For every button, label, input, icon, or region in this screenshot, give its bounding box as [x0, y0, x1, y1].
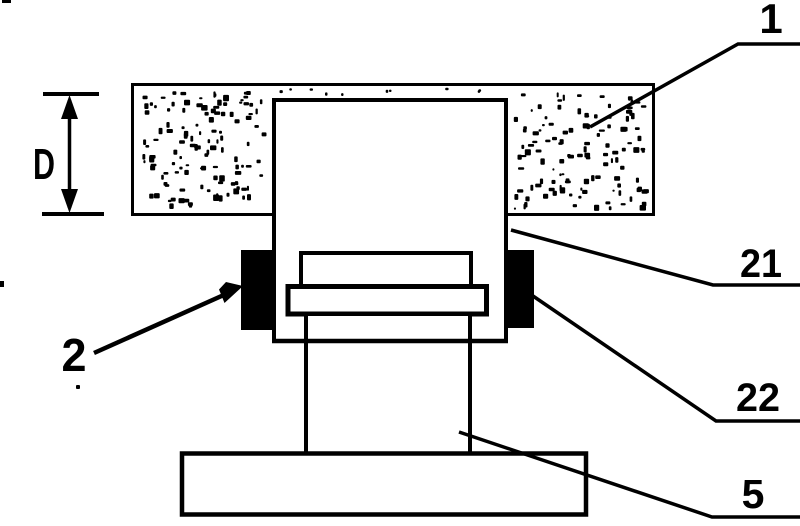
stipple-dot — [578, 196, 581, 199]
stipple-dot — [165, 184, 170, 187]
stipple-dot — [180, 189, 186, 192]
stipple-dot — [621, 203, 626, 205]
stipple-dot — [559, 159, 564, 164]
stipple-dot — [159, 128, 163, 134]
stipple-dot — [241, 188, 247, 191]
stipple-dot — [216, 139, 218, 144]
stipple-dot — [608, 104, 611, 108]
stipple-dot — [220, 136, 223, 141]
artifact-dot — [76, 385, 80, 389]
stipple-dot — [143, 96, 148, 100]
stipple-dot — [166, 122, 169, 128]
stipple-dot — [256, 109, 258, 115]
stipple-dot — [563, 131, 568, 135]
stipple-dot — [536, 150, 542, 153]
stipple-dot — [149, 194, 154, 199]
stipple-dot — [227, 193, 230, 197]
stipple-dot — [182, 126, 185, 129]
stipple-dot — [603, 153, 608, 156]
left-seal-block — [241, 250, 272, 330]
stipple-dot — [611, 158, 613, 163]
stipple-dot — [216, 193, 218, 197]
stipple-dot — [172, 102, 175, 107]
stipple-dot — [633, 147, 639, 153]
stipple-dot — [179, 140, 185, 144]
stipple-dot — [231, 182, 236, 186]
stipple-dot — [521, 93, 526, 96]
stipple-dot — [577, 94, 582, 97]
stipple-dot — [289, 88, 292, 90]
stipple-dot — [389, 90, 392, 92]
stipple-dot — [525, 149, 531, 155]
stipple-dot — [620, 127, 626, 132]
stipple-dot — [179, 198, 185, 203]
stipple-dot — [545, 140, 550, 143]
stipple-dot — [213, 91, 215, 97]
stipple-dot — [200, 185, 203, 190]
stipple-dot — [235, 171, 241, 175]
stipple-dot — [597, 133, 600, 137]
artifact-dot — [2, 0, 11, 3]
stipple-dot — [223, 97, 227, 101]
stipple-dot — [627, 142, 632, 144]
stipple-dot — [642, 191, 648, 194]
stipple-dot — [235, 119, 240, 123]
stipple-dot — [259, 174, 263, 177]
stipple-dot — [142, 154, 145, 160]
stipple-dot — [211, 109, 216, 114]
stipple-dot — [201, 166, 206, 171]
stipple-dot — [552, 168, 554, 170]
reference-21: 21 — [511, 230, 800, 286]
reference-1-label: 1 — [759, 0, 782, 42]
stipple-dot — [600, 95, 605, 98]
stipple-dot — [144, 103, 148, 109]
stipple-dot — [207, 150, 210, 155]
stipple-dot — [559, 173, 561, 176]
stipple-dot — [163, 172, 168, 175]
stipple-dot — [145, 145, 149, 148]
stipple-dot — [514, 117, 518, 122]
stipple-dot — [262, 132, 267, 136]
stipple-dot — [154, 105, 157, 108]
stipple-dot — [310, 88, 313, 90]
artifact-dot — [0, 281, 4, 287]
stipple-dot — [620, 166, 624, 170]
stipple-dot — [584, 146, 587, 152]
stipple-dot — [149, 156, 154, 162]
stipple-dot — [531, 109, 533, 112]
stipple-dot — [168, 200, 172, 202]
stipple-dot — [552, 180, 556, 184]
stipple-dot — [196, 145, 201, 149]
stipple-dot — [543, 194, 548, 199]
stipple-dot — [143, 160, 145, 163]
stipple-dot — [607, 124, 611, 128]
stipple-dot — [175, 171, 179, 174]
stipple-dot — [190, 136, 193, 142]
stipple-dot — [587, 115, 589, 117]
stipple-dot — [528, 144, 534, 147]
stipple-dot — [518, 167, 524, 170]
stipple-dot — [563, 95, 565, 101]
stipple-dot — [586, 157, 591, 160]
stipple-dot — [549, 123, 554, 126]
stipple-dot — [199, 131, 201, 135]
stipple-dot — [219, 175, 225, 181]
stipple-dot — [218, 182, 223, 185]
stipple-dot — [213, 106, 219, 109]
reference-21-label: 21 — [740, 242, 782, 286]
stipple-dot — [584, 179, 589, 185]
stipple-dot — [538, 104, 542, 109]
dimension-arrow-up-icon — [61, 95, 78, 119]
stipple-dot — [533, 131, 539, 135]
reference-2: 2 — [62, 282, 244, 381]
stipple-dot — [161, 97, 166, 99]
stipple-dot — [542, 124, 545, 126]
stipple-dot — [524, 204, 526, 210]
stipple-dot — [605, 201, 610, 204]
stipple-dot — [150, 102, 153, 106]
stipple-dot — [573, 204, 577, 207]
stipple-dot — [640, 205, 646, 211]
stipple-dot — [568, 155, 574, 159]
stipple-dot — [641, 105, 647, 107]
stipple-dot — [280, 90, 283, 93]
stipple-dot — [143, 139, 146, 145]
stipple-dot — [199, 97, 202, 99]
dimension-d-label: D — [33, 140, 55, 189]
stipple-dot — [445, 88, 448, 91]
stipple-dot — [246, 116, 252, 120]
stipple-dot — [530, 185, 533, 191]
stipple-dot — [583, 123, 589, 128]
patent-figure-page: D 1 21 22 5 2 — [0, 0, 800, 526]
shaft-lower-column — [306, 314, 470, 454]
stipple-dot — [630, 196, 633, 202]
stipple-dot — [213, 176, 217, 181]
stipple-dot — [219, 131, 222, 134]
stipple-dot — [244, 92, 248, 95]
stipple-dot — [184, 170, 189, 175]
stipple-dot — [615, 157, 618, 163]
stipple-dot — [553, 191, 557, 196]
stipple-dot — [617, 183, 621, 187]
stipple-dot — [235, 181, 238, 184]
stipple-dot — [145, 110, 150, 115]
stipple-dot — [161, 175, 164, 180]
stipple-dot — [584, 142, 590, 145]
stipple-dot — [247, 186, 249, 191]
stipple-dot — [180, 92, 186, 95]
stipple-dot — [599, 130, 605, 132]
stipple-dot — [591, 175, 594, 181]
reference-1: 1 — [590, 0, 800, 127]
stipple-dot — [167, 129, 173, 133]
stipple-dot — [578, 108, 582, 114]
stipple-dot — [520, 155, 526, 157]
stipple-dot — [637, 188, 641, 192]
stipple-dot — [260, 99, 263, 104]
stipple-dot — [612, 151, 618, 155]
stipple-dot — [552, 137, 557, 140]
stipple-dot — [184, 100, 190, 106]
stipple-dot — [569, 128, 574, 133]
stipple-dot — [242, 196, 245, 200]
stipple-dot — [609, 206, 612, 210]
stipple-dot — [521, 145, 524, 149]
stipple-dot — [535, 184, 541, 188]
right-seal-block — [507, 250, 534, 328]
stipple-dot — [562, 173, 565, 175]
stipple-dot — [612, 190, 614, 192]
stipple-dot — [582, 190, 587, 194]
stipple-dot — [233, 188, 239, 194]
stipple-dot — [153, 139, 158, 141]
stipple-dot — [188, 202, 193, 206]
cross-bar — [288, 287, 487, 315]
stipple-dot — [594, 205, 599, 211]
stipple-dot — [249, 103, 253, 107]
stipple-dot — [190, 144, 196, 147]
technical-drawing: D 1 21 22 5 2 — [0, 0, 800, 526]
stipple-dot — [622, 148, 626, 152]
stipple-dot — [179, 167, 182, 170]
stipple-dot — [514, 194, 518, 200]
stipple-dot — [638, 136, 642, 141]
stipple-dot — [182, 108, 185, 113]
stipple-dot — [173, 150, 177, 155]
stipple-dot — [595, 175, 601, 179]
reference-22-label: 22 — [736, 376, 780, 420]
stipple-dot — [257, 160, 261, 164]
stipple-dot — [341, 93, 343, 96]
base-plate — [182, 454, 586, 515]
stipple-dot — [246, 165, 252, 168]
stipple-dot — [478, 90, 481, 93]
stipple-dot — [150, 165, 155, 170]
stipple-dot — [169, 203, 173, 209]
stipple-dot — [603, 162, 608, 166]
stipple-dot — [580, 188, 582, 191]
stipple-dot — [179, 156, 182, 159]
stipple-dot — [205, 112, 209, 116]
stipple-dot — [234, 156, 238, 162]
stipple-dot — [248, 113, 253, 115]
stipple-dot — [631, 113, 635, 119]
stipple-dot — [201, 105, 208, 111]
stipple-dot — [243, 96, 248, 99]
stipple-dot — [636, 178, 639, 183]
stipple-dot — [247, 194, 251, 200]
arrow-line-2 — [94, 294, 226, 353]
stipple-dot — [386, 90, 389, 93]
reference-2-label: 2 — [62, 329, 87, 381]
reference-5-label: 5 — [742, 471, 765, 517]
stipple-dot — [619, 190, 622, 196]
stipple-dot — [635, 127, 640, 130]
stipple-dot — [239, 102, 242, 104]
stipple-dot — [209, 117, 214, 123]
stipple-dot — [557, 92, 559, 97]
stipple-dot — [213, 166, 218, 168]
dimension-d: D — [33, 94, 104, 214]
stipple-dot — [642, 149, 645, 152]
stipple-dot — [167, 108, 170, 112]
arrowhead-2-icon — [219, 282, 243, 303]
dimension-arrow-down-icon — [61, 189, 78, 213]
stipple-dot — [240, 99, 243, 101]
stipple-dot — [540, 179, 543, 185]
stipple-dot — [577, 154, 583, 158]
stipple-dot — [223, 102, 227, 106]
stipple-dot — [254, 125, 259, 128]
stipple-dot — [569, 194, 572, 197]
stipple-dot — [614, 176, 620, 181]
stipple-dot — [594, 114, 598, 118]
stipple-dot — [217, 100, 222, 106]
stipple-dot — [235, 165, 239, 170]
stipple-dot — [514, 208, 516, 210]
stipple-dot — [557, 99, 562, 102]
reference-22: 22 — [533, 296, 800, 421]
stipple-dot — [626, 116, 629, 122]
stipple-dot — [172, 91, 176, 95]
stipple-dot — [605, 143, 609, 147]
stipple-dot — [184, 131, 188, 137]
stipple-dot — [244, 102, 250, 105]
stipple-dot — [558, 105, 562, 110]
stipple-dot — [208, 139, 211, 143]
stipple-dot — [241, 165, 244, 168]
stipple-dot — [221, 112, 225, 116]
stipple-dot — [558, 142, 562, 145]
stipple-dot — [549, 188, 555, 191]
stipple-dot — [172, 162, 175, 165]
stipple-dot — [219, 195, 223, 201]
stipple-dot — [154, 193, 160, 198]
stipple-dot — [523, 126, 527, 129]
stipple-dot — [186, 164, 190, 166]
stipple-dot — [565, 181, 571, 184]
stipple-dot — [207, 189, 211, 192]
stipple-dot — [211, 130, 216, 133]
stipple-dot — [525, 196, 529, 201]
stipple-dot — [532, 141, 537, 143]
stipple-dot — [539, 129, 542, 131]
stipple-dot — [210, 145, 216, 150]
stipple-dot — [325, 92, 328, 95]
stipple-dot — [545, 116, 548, 119]
stipple-dot — [230, 112, 234, 117]
stipple-dot — [560, 185, 562, 191]
stipple-dot — [540, 158, 544, 164]
stipple-dot — [247, 142, 250, 146]
stipple-dot — [196, 124, 199, 127]
stipple-dot — [221, 147, 224, 153]
stipple-dot — [517, 189, 523, 192]
